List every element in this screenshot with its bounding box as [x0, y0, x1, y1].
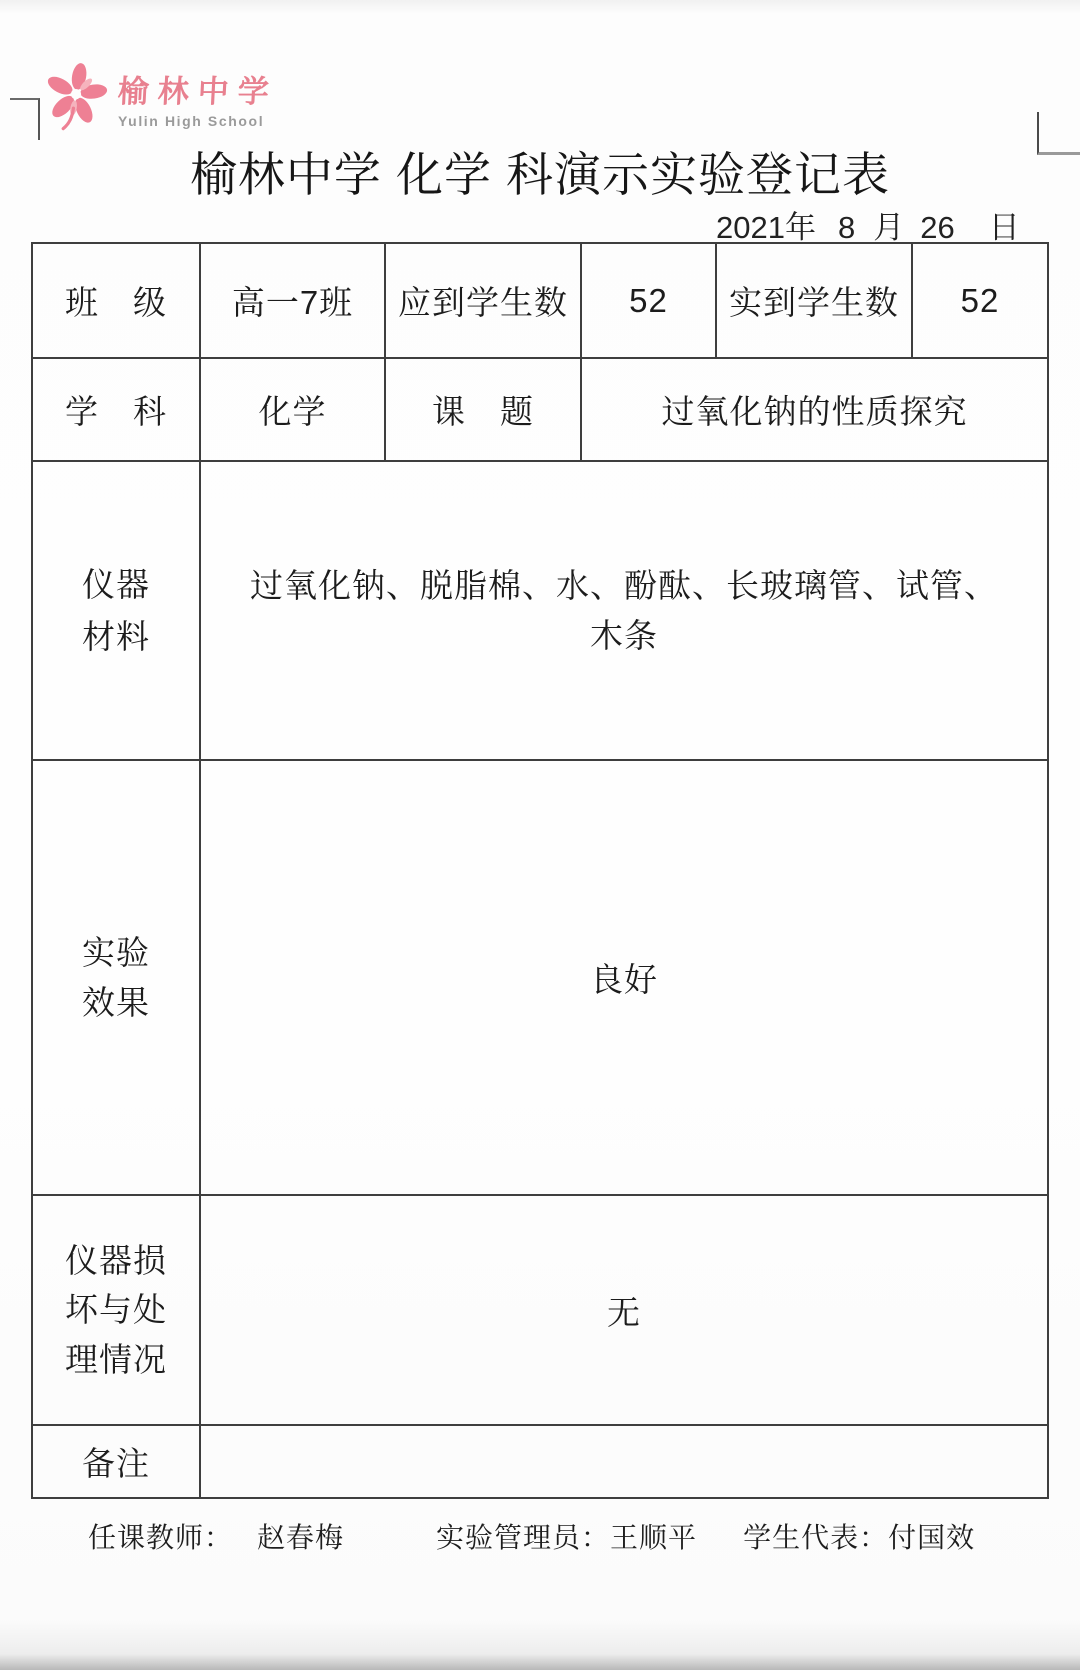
student-representative-name: 付国效	[888, 1522, 975, 1553]
damage-value: 无	[200, 1195, 1048, 1425]
school-logo-flower-icon	[44, 60, 108, 132]
date-day-label: 日	[989, 202, 1020, 247]
corner-mark-top-left-icon	[10, 98, 40, 140]
equipment-value: 过氧化钠、脱脂棉、水、酚酞、长玻璃管、试管、 木条	[200, 461, 1048, 760]
student-representative-label: 学生代表：	[743, 1522, 888, 1553]
row-equipment: 仪器 材料 过氧化钠、脱脂棉、水、酚酞、长玻璃管、试管、 木条	[32, 461, 1048, 760]
lab-manager-signature: 实验管理员：王顺平	[436, 1516, 697, 1556]
signature-line: 任课教师：赵春梅 实验管理员：王顺平 学生代表：付国效	[88, 1516, 975, 1556]
topic-label: 课 题	[385, 358, 581, 461]
remarks-value	[200, 1425, 1048, 1498]
row-class: 班 级 高一7班 应到学生数 52 实到学生数 52	[32, 243, 1048, 358]
expected-students-value: 52	[581, 243, 716, 358]
form-title: 榆林中学 化学 科演示实验登记表	[0, 138, 1080, 205]
subject-label: 学 科	[32, 358, 200, 461]
row-subject: 学 科 化学 课 题 过氧化钠的性质探究	[32, 358, 1048, 461]
date-day-value: 26	[920, 210, 954, 246]
class-label: 班 级	[32, 243, 200, 358]
actual-students-value: 52	[912, 243, 1048, 358]
actual-students-label: 实到学生数	[716, 243, 912, 358]
row-damage: 仪器损 坏与处 理情况 无	[32, 1195, 1048, 1425]
school-logo-text: 榆林中学 Yulin High School	[118, 60, 278, 129]
topic-value: 过氧化钠的性质探究	[581, 358, 1048, 461]
expected-students-label: 应到学生数	[385, 243, 581, 358]
teacher-name: 赵春梅	[257, 1522, 344, 1553]
date-year: 2021年	[716, 202, 816, 247]
lab-manager-name: 王顺平	[610, 1522, 697, 1553]
school-name-en: Yulin High School	[118, 113, 278, 129]
lab-manager-label: 实验管理员：	[436, 1522, 610, 1553]
row-effect: 实验 效果 良好	[32, 760, 1048, 1195]
class-value: 高一7班	[200, 243, 385, 358]
date-month-label: 月	[873, 202, 904, 247]
form-date: 2021年 8 月 26 日	[716, 202, 1020, 247]
equipment-label: 仪器 材料	[32, 461, 200, 760]
subject-value: 化学	[200, 358, 385, 461]
school-name-zh: 榆林中学	[117, 66, 279, 111]
student-representative-signature: 学生代表：付国效	[743, 1516, 975, 1556]
school-logo: 榆林中学 Yulin High School	[44, 60, 278, 132]
remarks-label: 备注	[32, 1425, 200, 1498]
row-remarks: 备注	[32, 1425, 1048, 1498]
document-page: 榆林中学 Yulin High School 榆林中学 化学 科演示实验登记表 …	[0, 0, 1080, 1670]
damage-label: 仪器损 坏与处 理情况	[32, 1195, 200, 1425]
effect-value: 良好	[200, 760, 1048, 1195]
photo-bottom-shadow	[0, 1654, 1080, 1670]
effect-label: 实验 效果	[32, 760, 200, 1195]
teacher-signature: 任课教师：赵春梅	[88, 1516, 344, 1556]
experiment-register-table: 班 级 高一7班 应到学生数 52 实到学生数 52 学 科 化学 课 题 过氧…	[31, 242, 1049, 1499]
date-month-value: 8	[838, 210, 855, 246]
teacher-label: 任课教师：	[88, 1522, 233, 1553]
